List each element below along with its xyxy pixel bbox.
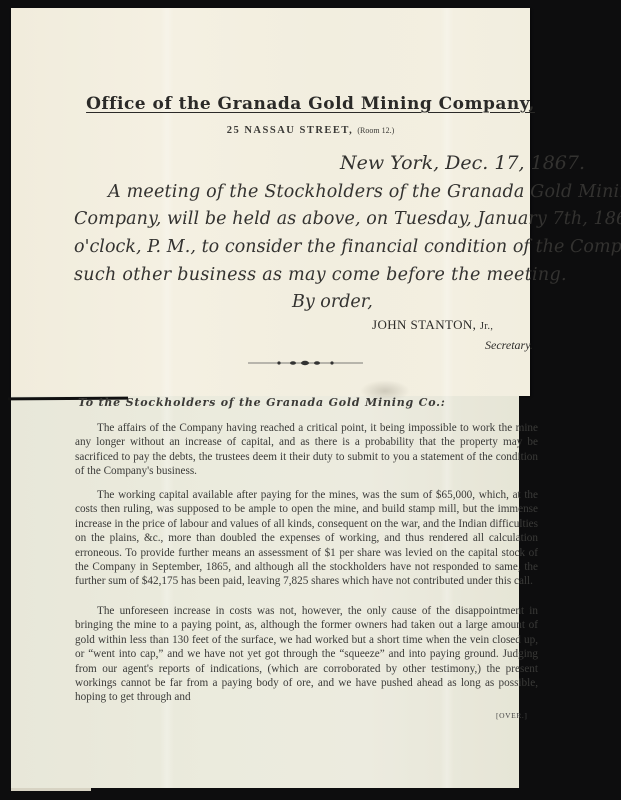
signer-name: JOHN STANTON, Jr., [372,317,493,333]
circular-paragraph: The unforeseen increase in costs was not… [75,604,538,705]
meeting-line: o'clock, P. M., to consider the financia… [74,237,621,257]
dateline: New York, Dec. 17, 1867. [340,152,585,174]
decorative-rule-ornament-icon [248,358,363,368]
paragraph-text: The affairs of the Company having reache… [75,421,538,479]
by-order: By order, [292,292,373,312]
signer-suffix: Jr., [480,321,493,332]
meeting-line: Company, will be held as above, on Tuesd… [74,209,621,229]
circular-salutation: To the Stockholders of the Granada Gold … [78,396,446,409]
signer-name-text: JOHN STANTON, [372,317,480,332]
meeting-line: such other business as may come before t… [74,265,567,285]
company-address: 25 NASSAU STREET, (Room 12.) [0,125,621,136]
meeting-line: A meeting of the Stockholders of the Gra… [108,182,621,202]
circular-paragraph: The working capital available after payi… [75,488,538,589]
company-heading: Office of the Granada Gold Mining Compan… [0,94,621,114]
sheet-edge [11,788,91,791]
signer-title: Secretary. [485,338,533,353]
paragraph-text: The unforeseen increase in costs was not… [75,604,538,705]
continuation-mark: [OVER.] [496,711,528,720]
room-number: (Room 12.) [357,126,394,135]
paragraph-text: The working capital available after payi… [75,488,538,589]
street-address: 25 NASSAU STREET, [227,125,354,136]
circular-paragraph: The affairs of the Company having reache… [75,421,538,479]
